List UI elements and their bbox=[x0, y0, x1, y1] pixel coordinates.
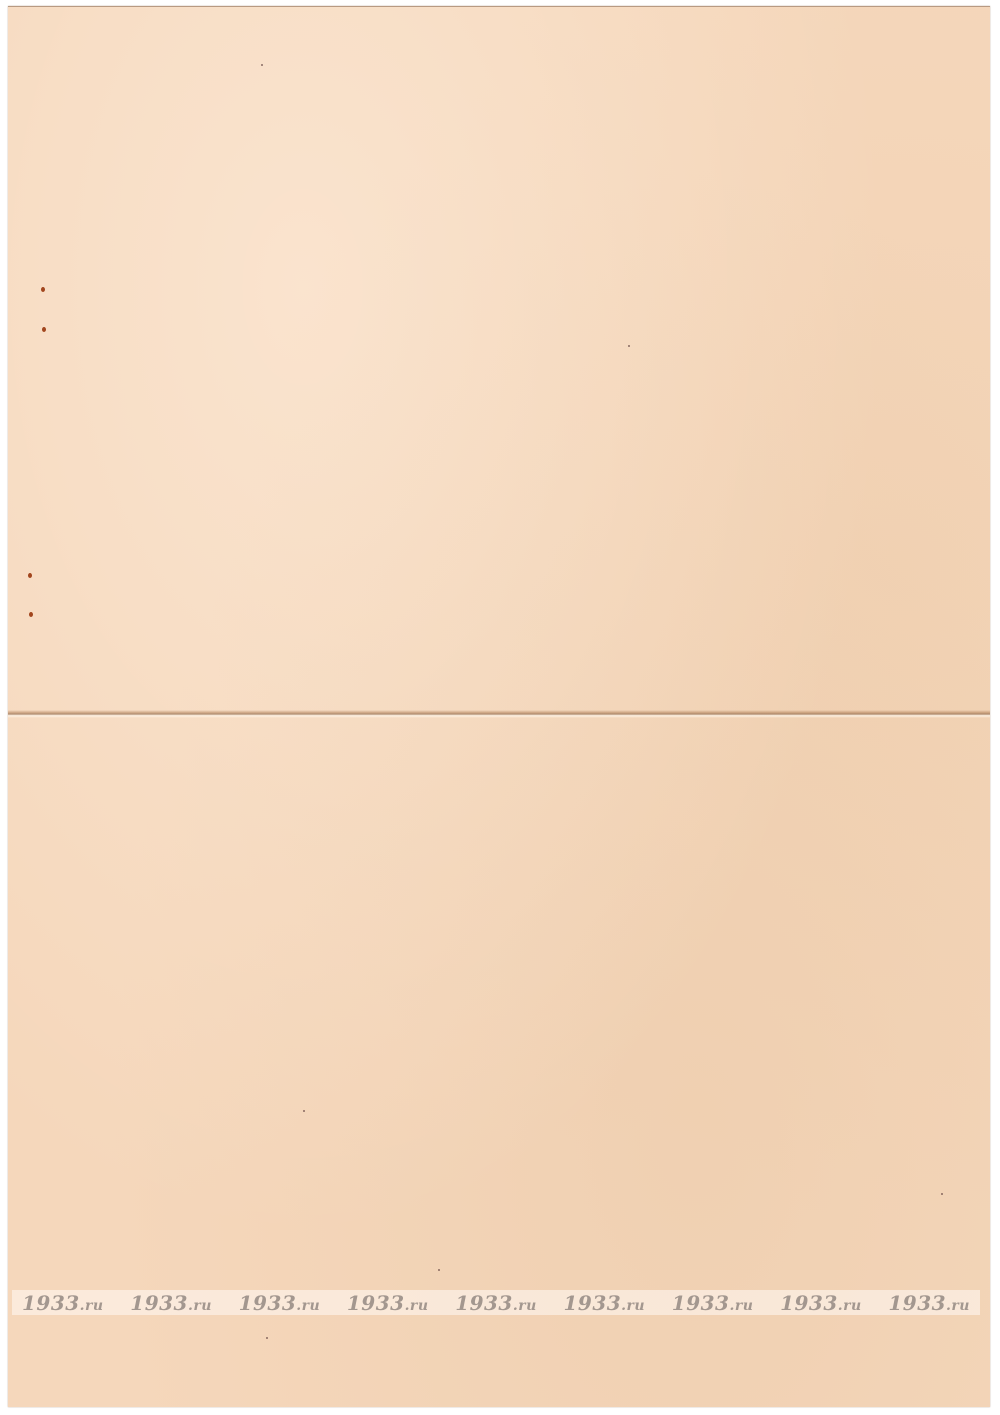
watermark-text: 1933.ru bbox=[455, 1291, 537, 1315]
ink-fleck bbox=[941, 1193, 943, 1195]
watermark-text: 1933.ru bbox=[780, 1291, 862, 1315]
ink-fleck bbox=[438, 1269, 440, 1271]
rust-spot bbox=[42, 327, 46, 332]
watermark-text: 1933.ru bbox=[888, 1291, 970, 1315]
rust-spot bbox=[41, 287, 45, 292]
rust-spot bbox=[28, 573, 32, 578]
watermark-text: 1933.ru bbox=[130, 1291, 212, 1315]
ink-fleck bbox=[628, 345, 630, 347]
rust-spot bbox=[29, 612, 33, 617]
ink-fleck bbox=[266, 1337, 268, 1339]
ink-fleck bbox=[303, 1110, 305, 1112]
watermark-text: 1933.ru bbox=[563, 1291, 645, 1315]
paper-sheet bbox=[8, 6, 990, 1407]
watermark-text: 1933.ru bbox=[239, 1291, 321, 1315]
ink-fleck bbox=[261, 64, 263, 66]
watermark-text: 1933.ru bbox=[22, 1291, 104, 1315]
fold-crease bbox=[8, 710, 990, 718]
watermark-text: 1933.ru bbox=[347, 1291, 429, 1315]
watermark-strip: 1933.ru1933.ru1933.ru1933.ru1933.ru1933.… bbox=[12, 1290, 980, 1315]
watermark-text: 1933.ru bbox=[672, 1291, 754, 1315]
